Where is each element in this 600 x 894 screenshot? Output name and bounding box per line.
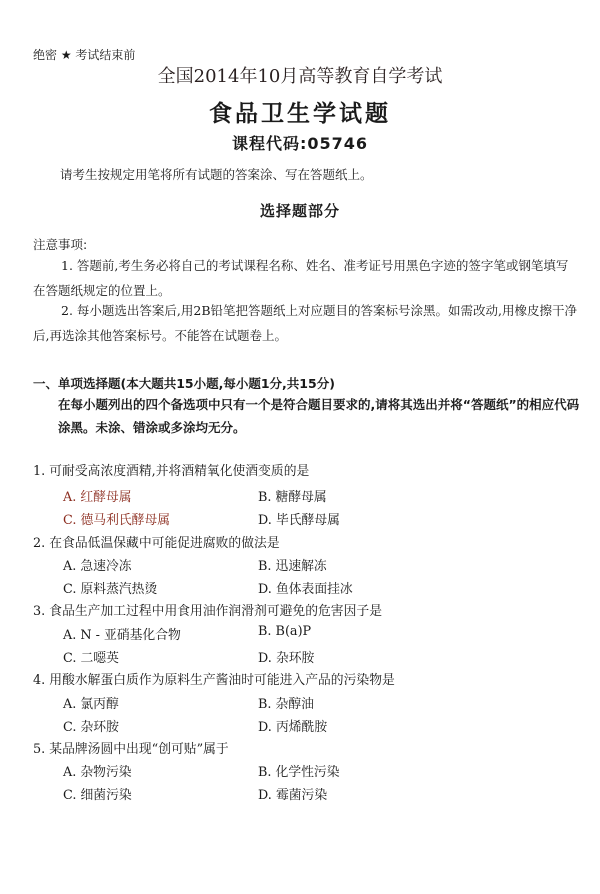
question-4-option-c: C. 杂环胺 xyxy=(63,716,119,735)
question-5-option-b: B. 化学性污染 xyxy=(258,761,340,780)
question-5-option-c: C. 细菌污染 xyxy=(63,784,132,803)
question-3-option-c: C. 二噁英 xyxy=(63,647,119,666)
part1-heading: 一、单项选择题(本大题共15小题,每小题1分,共15分) xyxy=(33,374,335,392)
question-1-option-a: A. 红酵母属 xyxy=(63,486,132,505)
question-4-option-a: A. 氯丙醇 xyxy=(63,693,119,712)
confidential-label: 绝密 ★ 考试结束前 xyxy=(33,46,135,63)
question-3-stem: 3. 食品生产加工过程中用食用油作润滑剂可避免的危害因子是 xyxy=(33,600,382,619)
notice-item-1: 1. 答题前,考生务必将自己的考试课程名称、姓名、准考证号用黑色字迹的签字笔或钢… xyxy=(33,253,578,303)
exam-title: 全国2014年10月高等教育自学考试 xyxy=(0,62,600,88)
question-3-option-b: B. B(a)P xyxy=(258,624,311,639)
section-title: 选择题部分 xyxy=(0,200,600,221)
notice-item-2: 2. 每小题选出答案后,用2B铅笔把答题纸上对应题目的答案标号涂黑。如需改动,用… xyxy=(33,298,578,348)
paper-title: 食品卫生学试题 xyxy=(0,95,600,128)
question-1-option-c: C. 德马利氏酵母属 xyxy=(63,509,170,528)
part1-description: 在每小题列出的四个备选项中只有一个是符合题目要求的,请将其选出并将“答题纸”的相… xyxy=(58,393,588,439)
notice-heading: 注意事项: xyxy=(33,235,87,253)
question-5-stem: 5. 某品牌汤圆中出现“创可贴”属于 xyxy=(33,738,229,757)
course-code: 课程代码:05746 xyxy=(0,131,600,154)
question-2-option-d: D. 鱼体表面挂冰 xyxy=(258,578,353,597)
question-2-option-c: C. 原料蒸汽热烫 xyxy=(63,578,157,597)
question-4-option-b: B. 杂醇油 xyxy=(258,693,314,712)
question-2-option-b: B. 迅速解冻 xyxy=(258,555,327,574)
question-1-option-b: B. 糖酵母属 xyxy=(258,486,327,505)
question-1-option-d: D. 毕氏酵母属 xyxy=(258,509,340,528)
intro-instruction: 请考生按规定用笔将所有试题的答案涂、写在答题纸上。 xyxy=(60,165,373,183)
question-4-option-d: D. 丙烯酰胺 xyxy=(258,716,327,735)
question-4-stem: 4. 用酸水解蛋白质作为原料生产酱油时可能进入产品的污染物是 xyxy=(33,669,395,688)
question-3-option-d: D. 杂环胺 xyxy=(258,647,314,666)
question-1-stem: 1. 可耐受高浓度酒精,并将酒精氧化使酒变质的是 xyxy=(33,460,309,479)
question-2-option-a: A. 急速冷冻 xyxy=(63,555,132,574)
question-5-option-d: D. 霉菌污染 xyxy=(258,784,327,803)
question-2-stem: 2. 在食品低温保藏中可能促进腐败的做法是 xyxy=(33,532,280,551)
question-5-option-a: A. 杂物污染 xyxy=(63,761,132,780)
question-3-option-a: A. N - 亚硝基化合物 xyxy=(63,624,181,643)
